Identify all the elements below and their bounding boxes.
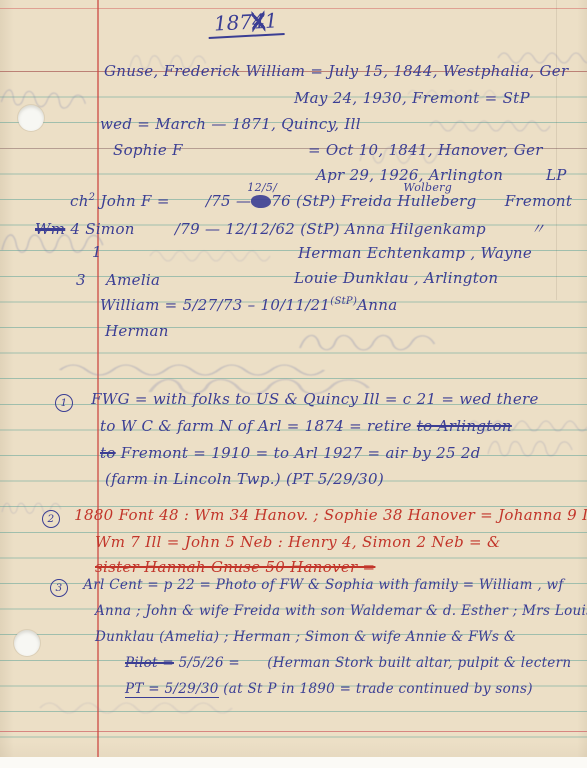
notebook-page: 18741 Gnuse, Frederick William = July 15… <box>0 0 587 768</box>
note2-text1: 1880 Font 48 : Wm 34 Hanov. ; Sophie 38 … <box>74 506 587 524</box>
child-william-line: William = 5/27/73 – 10/11/21(StP)Anna <box>100 296 397 314</box>
child-number-sup: 2 <box>89 192 96 203</box>
note2-line3: sister Hannah Gnuse 50 Hanover = <box>95 558 375 576</box>
child-simon-name: Simon <box>85 220 135 238</box>
struck-text: to Arlington <box>417 417 512 435</box>
record-death-line: May 24, 1930, Fremont = StP <box>294 89 530 107</box>
simon-dates-wife: /79 — 12/12/62 (StP) Anna Hilgenkamp <box>175 220 486 238</box>
title-suffix: 1 <box>264 8 278 33</box>
underlined-source-date: PT = 5/29/30 <box>125 681 219 698</box>
ditto-mark: 〃 <box>530 220 545 238</box>
ink-scribble <box>251 195 271 208</box>
record-name-birth-line: Gnuse, Frederick William = July 15, 1844… <box>104 62 568 80</box>
john-wife-surname-correction: Wolberg <box>403 181 452 194</box>
sophie-cemetery: LP <box>546 166 567 184</box>
note1-line2: to W C & farm N of Arl = 1874 = retire t… <box>100 417 512 435</box>
child-label: ch <box>70 192 89 210</box>
note3-line5: PT = 5/29/30 (at St P in 1890 = trade co… <box>125 681 533 697</box>
scan-background <box>0 757 587 768</box>
note1-line1: 1 FWG = with folks to US & Quincy Ill = … <box>55 390 539 412</box>
john-residence: Fremont <box>505 192 573 210</box>
child-john-name: John F = <box>100 192 169 210</box>
note1-line3: to Fremont = 1910 = to Arl 1927 = air by… <box>100 444 481 462</box>
note1-line4: (farm in Lincoln Twp.) (PT 5/29/30) <box>105 470 384 488</box>
note3-line1: 3 Arl Cent = p 22 = Photo of FW & Sophia… <box>50 577 564 597</box>
child-john-line: ch2 John F = /75 —12/5/76 (StP) Freida W… <box>70 192 587 210</box>
note3-text1: Arl Cent = p 22 = Photo of FW & Sophia w… <box>83 577 564 593</box>
child-number: 4 <box>70 220 80 238</box>
circled-number-3: 3 <box>50 579 68 597</box>
struck-text: sister Hannah Gnuse 50 Hanover = <box>95 558 375 576</box>
paper-crease <box>556 0 557 300</box>
note3-date: 5/5/26 = <box>174 655 240 671</box>
circled-number-2: 2 <box>42 510 60 528</box>
william-dates: William = 5/27/73 – 10/11/21 <box>100 296 330 314</box>
struck-text: Pilot = <box>125 655 174 671</box>
amelia-spouse: Louie Dunklau , Arlington <box>294 269 498 287</box>
struck-text: to <box>100 444 116 462</box>
margin-number-one: 1 <box>92 243 102 261</box>
child-simon-line: Wm 4 Simon /79 — 12/12/62 (StP) Anna Hil… <box>35 218 545 239</box>
child-amelia-number: 3 <box>76 271 86 289</box>
note1-text2: to W C & farm N of Arl = 1874 = retire <box>100 417 417 435</box>
hole-punch-top <box>18 105 44 131</box>
child-amelia-name: Amelia <box>106 271 160 289</box>
top-red-rule <box>0 8 587 9</box>
note2-line2: Wm 7 Ill = John 5 Neb : Henry 4, Simon 2… <box>95 533 501 551</box>
bottom-red-rule <box>0 731 587 732</box>
note2-line1: 2 1880 Font 48 : Wm 34 Hanov. ; Sophie 3… <box>42 506 587 528</box>
william-wife: Anna <box>357 296 397 314</box>
note1-text3: Fremont = 1910 = to Arl 1927 = air by 25… <box>116 444 481 462</box>
john-wife-surname: Hulleberg <box>397 192 476 210</box>
sophie-birth: = Oct 10, 1841, Hanover, Ger <box>308 141 543 159</box>
note3-line2: Anna ; John & wife Freida with son Walde… <box>95 603 587 619</box>
john-death-wife: 76 (StP) Freida <box>271 192 392 210</box>
title-struck-digit: 4 <box>251 9 265 34</box>
john-date-insert: 12/5/ <box>247 181 277 194</box>
sophie-name: Sophie F <box>113 141 183 159</box>
struck-word: Wm <box>35 220 65 238</box>
john-birth-year: /75 — <box>206 192 251 210</box>
title-year-prefix: 187 <box>213 10 252 36</box>
note1-text1: FWG = with folks to US & Quincy Ill = c … <box>91 390 539 408</box>
page-title: 18741 <box>207 8 284 39</box>
circled-number-1: 1 <box>55 394 73 412</box>
william-church-sup: (StP) <box>330 296 357 307</box>
record-wed-line: wed = March — 1871, Quincy, Ill <box>100 115 361 133</box>
child-herman-name: Herman <box>105 322 169 340</box>
note3-text4: (Herman Stork built altar, pulpit & lect… <box>267 655 571 671</box>
note3-text5: (at St P in 1890 = trade continued by so… <box>219 681 533 697</box>
herman-echtenkamp-line: Herman Echtenkamp , Wayne <box>298 244 532 262</box>
note3-line4: Pilot = 5/5/26 = (Herman Stork built alt… <box>125 655 571 671</box>
hole-punch-bottom <box>14 630 40 656</box>
note3-line3: Dunklau (Amelia) ; Herman ; Simon & wife… <box>95 629 516 645</box>
